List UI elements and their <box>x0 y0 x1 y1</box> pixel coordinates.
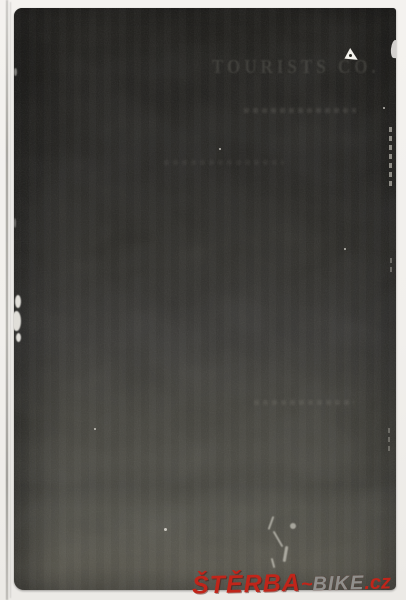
watermark-site-text: BIKE <box>312 572 364 595</box>
scratch-mark <box>290 523 296 529</box>
dust-speck <box>383 107 385 109</box>
ghost-text-row <box>254 400 354 405</box>
watermark-tld-text: .cz <box>364 571 391 594</box>
page-edge-line <box>6 0 8 600</box>
dust-speck <box>219 148 221 150</box>
paper-chip-dot <box>349 54 352 57</box>
edge-scuff <box>16 333 21 342</box>
dust-speck <box>164 528 167 531</box>
ghost-text-row <box>244 108 356 113</box>
page-edge-line-secondary <box>10 2 11 598</box>
dust-speck <box>344 248 346 250</box>
edge-scratch <box>390 258 392 274</box>
watermark-brand-text: ŠTĚRBA <box>192 569 301 600</box>
edge-scratch <box>389 127 392 187</box>
scan-background: TOURISTS CO. ŠTĚRBA~BIKE.cz <box>0 0 406 600</box>
book-cover: TOURISTS CO. <box>14 8 396 590</box>
edge-scuff <box>14 218 16 228</box>
edge-scuff <box>14 68 17 76</box>
edge-scratch <box>388 428 390 454</box>
watermark: ŠTĚRBA~BIKE.cz <box>192 566 392 600</box>
edge-scuff <box>15 295 21 308</box>
cover-grain-texture <box>14 8 396 590</box>
dust-speck <box>94 428 96 430</box>
ghost-text-row <box>164 160 284 165</box>
